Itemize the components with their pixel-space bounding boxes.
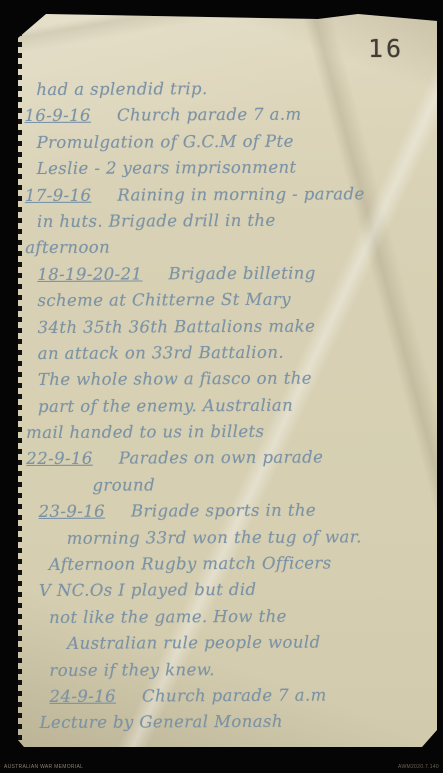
diary-line: Afternoon Rugby match Officers: [27, 550, 431, 579]
diary-line: V NC.Os I played but did: [27, 576, 431, 605]
diary-line: scheme at Chitterne St Mary: [25, 286, 429, 315]
diary-line: in huts. Brigade drill in the: [25, 207, 429, 236]
entry-text: The whole show a fiasco on the: [38, 369, 312, 389]
diary-line: rouse if they knew.: [27, 656, 431, 685]
entry-text: Lecture by General Monash: [40, 712, 283, 732]
diary-line: 23-9-16Brigade sports in the: [26, 497, 430, 526]
diary-line: Promulgation of G.C.M of Pte: [25, 128, 429, 157]
entry-date: 16-9-16: [24, 106, 91, 125]
entry-date: 22-9-16: [26, 449, 93, 468]
archive-reference-number: AWM2020.7.140: [398, 764, 439, 770]
diary-line: ground: [26, 471, 430, 500]
diary-line: mail handed to us in billets: [26, 418, 430, 447]
page-number-stamp: 16: [368, 34, 404, 63]
diary-line: Leslie - 2 years imprisonment: [25, 154, 429, 183]
entry-text: Parades on own parade: [119, 448, 324, 468]
entry-text: in huts. Brigade drill in the: [37, 211, 276, 231]
diary-line: 24-9-16Church parade 7 a.m: [27, 682, 431, 711]
diary-line: afternoon: [25, 233, 429, 262]
entry-text: not like the game. How the: [49, 607, 287, 627]
entry-date: 18-19-20-21: [37, 264, 142, 284]
entry-date: 17-9-16: [25, 185, 92, 204]
entry-text: 34th 35th 36th Battalions make: [38, 316, 316, 336]
entry-text: morning 33rd won the tug of war.: [67, 527, 362, 548]
entry-date: 23-9-16: [39, 502, 106, 521]
diary-line: not like the game. How the: [27, 603, 431, 632]
diary-line: had a splendid trip.: [24, 75, 428, 104]
entry-text: Raining in morning - parade: [117, 184, 364, 204]
diary-page: 16 had a splendid trip. 16-9-16Church pa…: [18, 14, 437, 747]
diary-line: 34th 35th 36th Battalions make: [26, 312, 430, 341]
diary-line: The whole show a fiasco on the: [26, 365, 430, 394]
entry-text: V NC.Os I played but did: [39, 580, 257, 600]
entry-date: 24-9-16: [49, 687, 116, 706]
diary-line: morning 33rd won the tug of war.: [27, 524, 431, 553]
diary-line: 17-9-16Raining in morning - parade: [25, 181, 429, 210]
handwritten-text: had a splendid trip. 16-9-16Church parad…: [24, 75, 431, 737]
entry-text: Afternoon Rugby match Officers: [49, 553, 332, 573]
diary-line: part of the enemy. Australian: [26, 392, 430, 421]
diary-line: 22-9-16Parades on own parade: [26, 444, 430, 473]
entry-text: had a splendid trip.: [36, 79, 207, 99]
entry-text: afternoon: [25, 238, 110, 257]
entry-text: mail handed to us in billets: [26, 422, 264, 442]
diary-line: an attack on 33rd Battalion.: [26, 339, 430, 368]
entry-text: Brigade sports in the: [131, 501, 316, 521]
archive-credit-label: AUSTRALIAN WAR MEMORIAL: [4, 764, 83, 770]
entry-text: Church parade 7 a.m: [117, 105, 302, 125]
entry-text: Leslie - 2 years imprisonment: [37, 158, 297, 178]
diary-line: 18-19-20-21Brigade billeting: [25, 260, 429, 289]
entry-text: Promulgation of G.C.M of Pte: [37, 131, 294, 151]
entry-text: Brigade billeting: [168, 263, 315, 283]
entry-text: scheme at Chitterne St Mary: [37, 290, 291, 310]
entry-text: an attack on 33rd Battalion.: [38, 343, 284, 363]
entry-text: rouse if they knew.: [49, 660, 215, 680]
torn-perforated-edge: [17, 20, 22, 741]
diary-line: Australian rule people would: [27, 629, 431, 658]
entry-text: ground: [92, 475, 155, 494]
scanned-diary-photo: 16 had a splendid trip. 16-9-16Church pa…: [0, 0, 443, 773]
entry-text: Australian rule people would: [67, 633, 320, 653]
diary-line: 16-9-16Church parade 7 a.m: [24, 101, 428, 130]
diary-line: Lecture by General Monash: [28, 708, 432, 737]
entry-text: part of the enemy. Australian: [38, 395, 293, 415]
entry-text: Church parade 7 a.m: [142, 685, 327, 705]
